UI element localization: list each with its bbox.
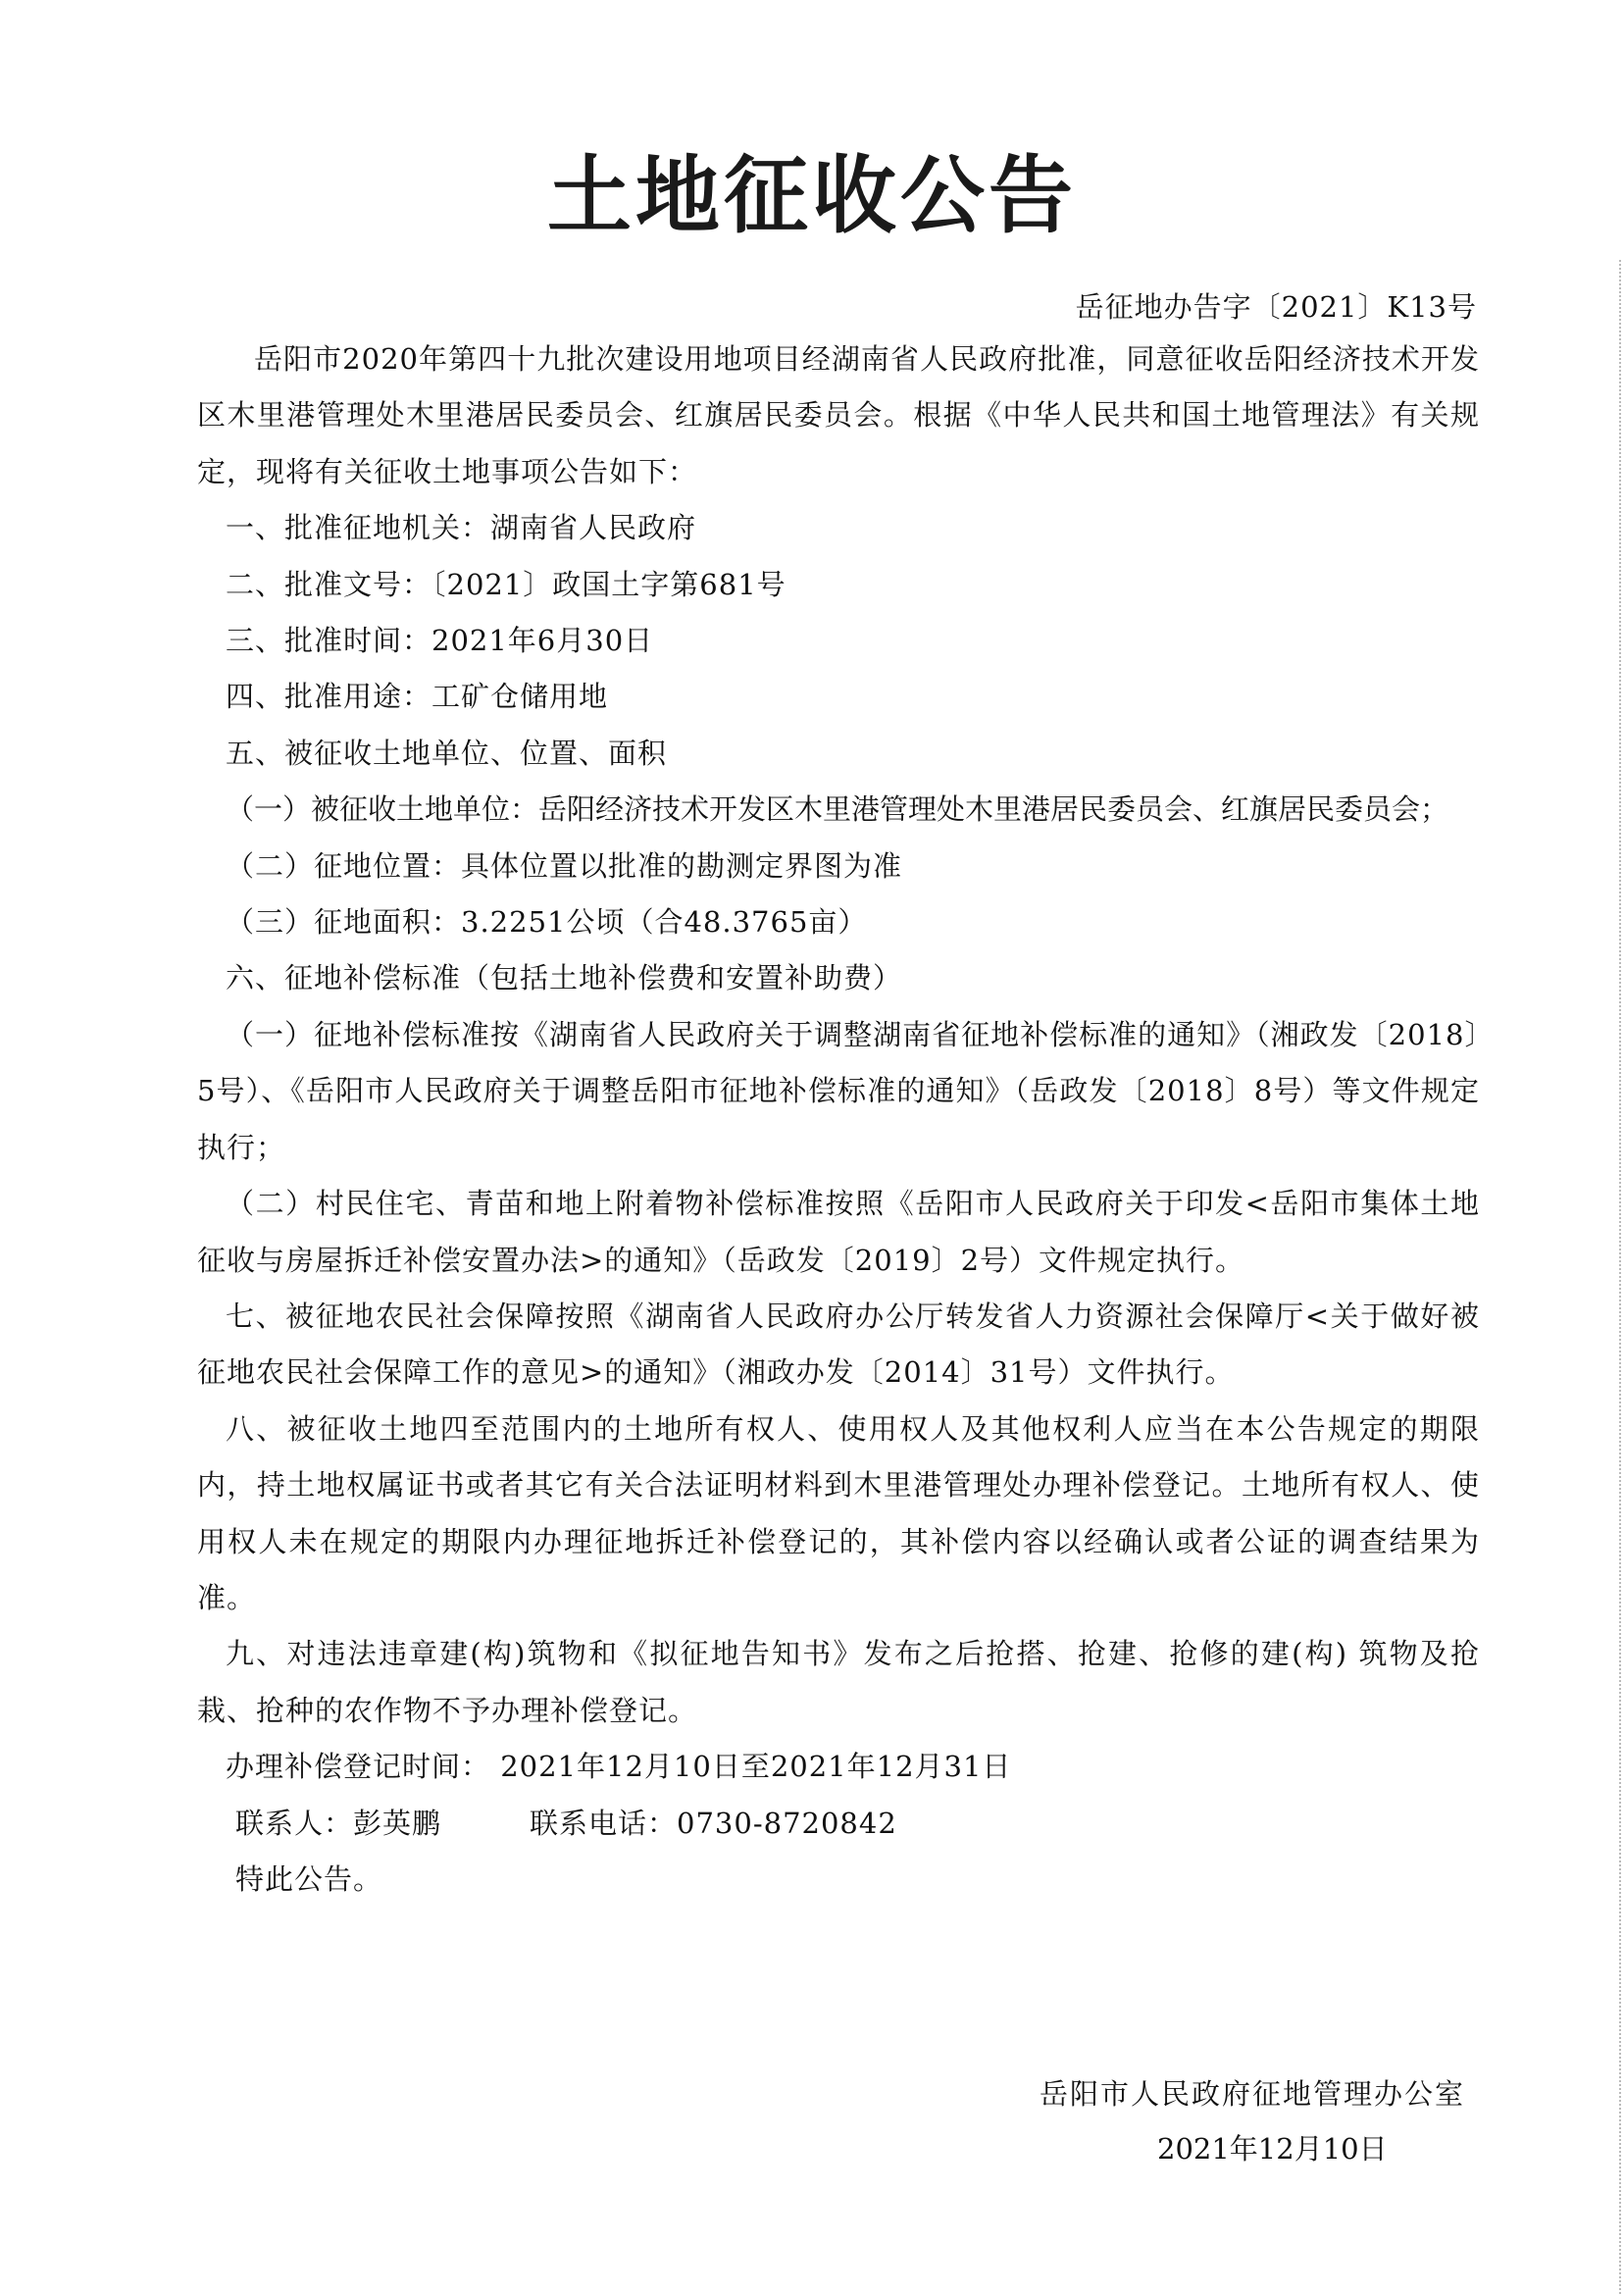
item-approval-date: 三、批准时间：2021年6月30日 [197, 613, 1480, 669]
paragraph-illegal-structures: 九、对违法违章建(构)筑物和《拟征地告知书》发布之后抢搭、抢建、抢修的建(构) … [197, 1626, 1480, 1739]
item-compensation-heading: 六、征地补偿标准（包括土地补偿费和安置补助费） [197, 950, 1480, 1006]
document-number: 岳征地办告字〔2021〕K13号 [1076, 287, 1477, 327]
paragraph-social-security: 七、被征地农民社会保障按照《湖南省人民政府办公厅转发省人力资源社会保障厅<关于做… [197, 1289, 1480, 1402]
item-land-unit: （一）被征收土地单位：岳阳经济技术开发区木里港管理处木里港居民委员会、红旗居民委… [197, 782, 1480, 838]
item-approval-use: 四、批准用途：工矿仓储用地 [197, 669, 1480, 725]
paragraph-compensation-standard: （一）征地补偿标准按《湖南省人民政府关于调整湖南省征地补偿标准的通知》（湘政发〔… [197, 1007, 1480, 1176]
intro-paragraph: 岳阳市2020年第四十九批次建设用地项目经湖南省人民政府批准，同意征收岳阳经济技… [197, 331, 1480, 500]
paragraph-registration-requirement: 八、被征收土地四至范围内的土地所有权人、使用权人及其他权利人应当在本公告规定的期… [197, 1402, 1480, 1627]
item-land-location: （二）征地位置：具体位置以批准的勘测定界图为准 [197, 839, 1480, 894]
item-land-area: （三）征地面积：3.2251公顷（合48.3765亩） [197, 894, 1480, 950]
paragraph-housing-compensation: （二）村民住宅、青苗和地上附着物补偿标准按照《岳阳市人民政府关于印发<岳阳市集体… [197, 1176, 1480, 1289]
page-title: 土地征收公告 [0, 147, 1624, 245]
contact-line: 联系人：彭英鹏联系电话：0730-8720842 [197, 1796, 1480, 1852]
signature-block: 岳阳市人民政府征地管理办公室 2021年12月10日 [1040, 2066, 1465, 2176]
scan-edge-line [1619, 260, 1621, 2294]
closing-text: 特此公告。 [197, 1852, 1480, 1908]
notice-body: 岳阳市2020年第四十九批次建设用地项目经湖南省人民政府批准，同意征收岳阳经济技… [197, 331, 1480, 1908]
signature-date: 2021年12月10日 [1040, 2121, 1465, 2176]
contact-phone: 联系电话：0730-8720842 [530, 1807, 897, 1840]
registration-period: 办理补偿登记时间： 2021年12月10日至2021年12月31日 [197, 1739, 1480, 1795]
item-land-info-heading: 五、被征收土地单位、位置、面积 [197, 726, 1480, 782]
item-approval-authority: 一、批准征地机关：湖南省人民政府 [197, 500, 1480, 556]
item-approval-number: 二、批准文号：〔2021〕政国土字第681号 [197, 557, 1480, 613]
contact-person: 联系人：彭英鹏 [235, 1807, 441, 1840]
signature-org: 岳阳市人民政府征地管理办公室 [1040, 2066, 1465, 2121]
